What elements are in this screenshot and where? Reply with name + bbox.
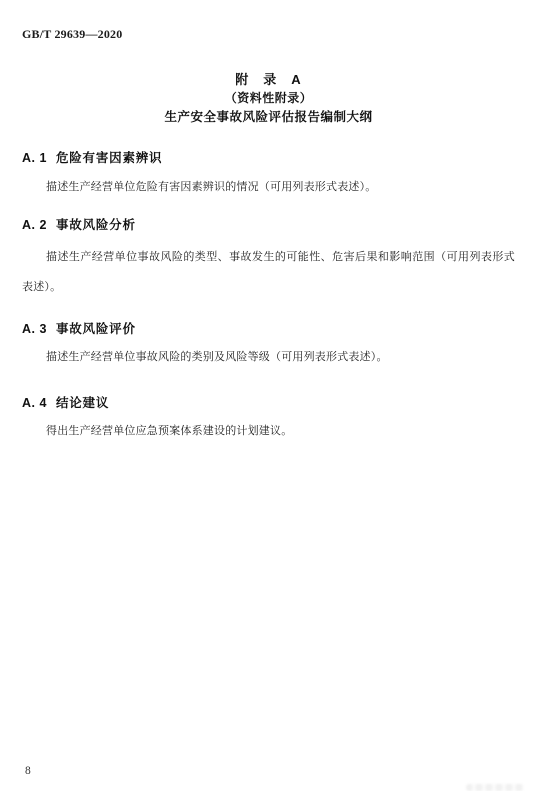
section-heading-a3: A. 3事故风险评价: [22, 319, 136, 337]
section-heading-a1: A. 1危险有害因素辨识: [22, 148, 162, 166]
section-title: 事故风险分析: [56, 218, 136, 232]
section-body-a4: 得出生产经营单位应急预案体系建设的计划建议。: [22, 416, 515, 446]
section-number: A. 4: [22, 396, 47, 410]
section-number: A. 3: [22, 322, 47, 336]
appendix-label: 附 录 A: [0, 70, 537, 89]
document-page: GB/T 29639—2020 附 录 A （资料性附录） 生产安全事故风险评估…: [0, 0, 537, 791]
page-number: 8: [25, 765, 31, 777]
section-heading-a4: A. 4结论建议: [22, 393, 109, 411]
appendix-title: 生产安全事故风险评估报告编制大纲: [0, 108, 537, 127]
section-body-a2: 描述生产经营单位事故风险的类型、事故发生的可能性、危害后果和影响范围（可用列表形…: [22, 242, 515, 302]
section-number: A. 2: [22, 218, 47, 232]
standard-number: GB/T 29639—2020: [22, 27, 122, 42]
appendix-title-block: 附 录 A （资料性附录） 生产安全事故风险评估报告编制大纲: [0, 70, 537, 127]
section-body-a3: 描述生产经营单位事故风险的类别及风险等级（可用列表形式表述）。: [22, 342, 515, 372]
watermark-fragment: [466, 784, 524, 791]
section-number: A. 1: [22, 151, 47, 165]
section-title: 结论建议: [56, 396, 109, 410]
section-title: 事故风险评价: [56, 322, 136, 336]
section-body-a1: 描述生产经营单位危险有害因素辨识的情况（可用列表形式表述）。: [22, 172, 515, 202]
section-heading-a2: A. 2事故风险分析: [22, 215, 136, 233]
appendix-type-note: （资料性附录）: [0, 89, 537, 108]
section-title: 危险有害因素辨识: [56, 151, 162, 165]
